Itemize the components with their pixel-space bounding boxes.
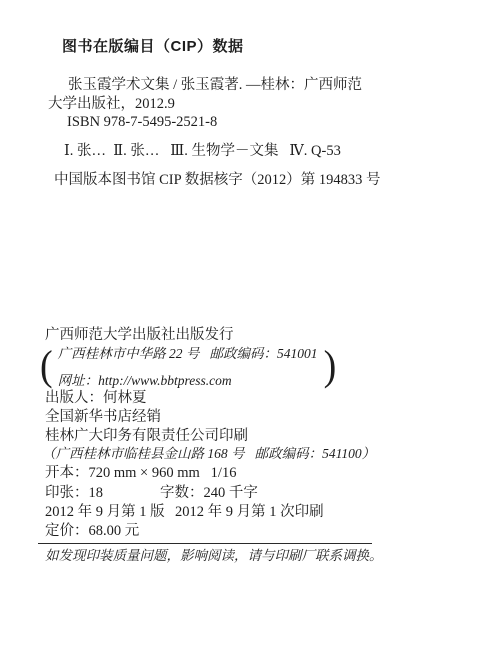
word-count-line: 字数：240 千字 xyxy=(160,484,258,502)
footer-divider xyxy=(38,543,372,544)
cip-entry-line2: 大学出版社，2012.9 xyxy=(48,95,175,113)
copyright-page: 图书在版编目（CIP）数据 张玉霞学术文集 / 张玉霞著. —桂林：广西师范 大… xyxy=(0,0,500,653)
edition-line: 2012 年 9 月第 1 版 xyxy=(45,503,165,521)
publisher-address-group: ( 广西桂林市中华路 22 号 邮政编码：541001 网址：http://ww… xyxy=(40,342,336,389)
publisher-website: 网址：http://www.bbtpress.com xyxy=(58,369,324,389)
quality-note: 如发现印装质量问题，影响阅读，请与印刷厂联系调换。 xyxy=(45,548,383,565)
cip-classification: Ⅰ. 张… Ⅱ. 张… Ⅲ. 生物学－文集 Ⅳ. Q-53 xyxy=(64,142,341,160)
cip-header: 图书在版编目（CIP）数据 xyxy=(62,38,244,57)
sheets-line: 印张：18 xyxy=(45,484,103,502)
close-paren: ) xyxy=(324,344,337,387)
cip-entry-line1: 张玉霞学术文集 / 张玉霞著. —桂林：广西师范 xyxy=(68,76,362,94)
isbn-line: ISBN 978-7-5495-2521-8 xyxy=(67,113,217,131)
printer-address: （广西桂林市临桂县金山路 168 号 邮政编码：541100） xyxy=(42,446,375,463)
publisher-person: 出版人：何林夏 xyxy=(45,389,147,407)
cip-record-number: 中国版本图书馆 CIP 数据核字（2012）第 194833 号 xyxy=(54,171,381,189)
printer-line: 桂林广大印务有限责任公司印刷 xyxy=(45,427,248,445)
format-line: 开本：720 mm × 960 mm 1/16 xyxy=(45,464,236,482)
printing-line: 2012 年 9 月第 1 次印刷 xyxy=(175,503,324,521)
distribution-line: 全国新华书店经销 xyxy=(45,408,161,426)
publisher-address-lines: 广西桂林市中华路 22 号 邮政编码：541001 网址：http://www.… xyxy=(58,342,324,389)
open-paren: ( xyxy=(40,344,53,387)
publisher-address: 广西桂林市中华路 22 号 邮政编码：541001 xyxy=(58,342,324,362)
price-line: 定价：68.00 元 xyxy=(45,522,139,540)
